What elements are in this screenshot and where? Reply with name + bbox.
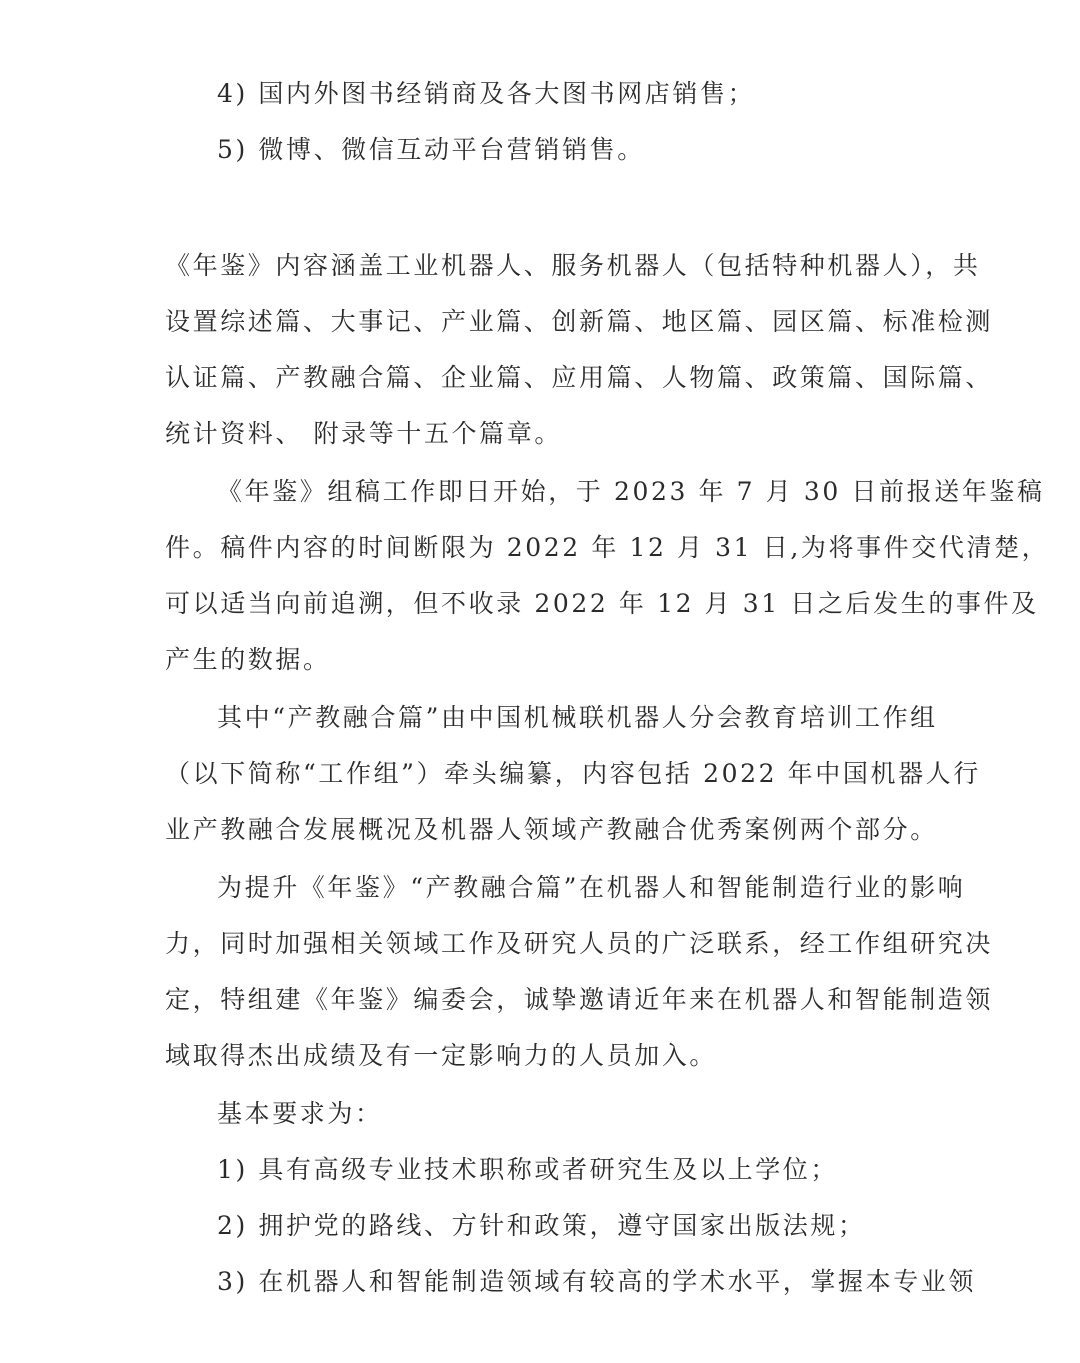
paragraph-invitation-line-3: 定，特组建《年鉴》编委会，诚挚邀请近年来在机器人和智能制造领 — [165, 984, 917, 1016]
paragraph-contents-line-4: 统计资料、 附录等十五个篇章。 — [165, 418, 917, 450]
paragraph-deadline-line-2: 件。稿件内容的时间断限为 2022 年 12 月 31 日,为将事件交代清楚， — [165, 532, 917, 564]
requirements-heading: 基本要求为： — [217, 1098, 917, 1130]
paragraph-contents-line-2: 设置综述篇、大事记、产业篇、创新篇、地区篇、园区篇、标准检测 — [165, 306, 917, 338]
paragraph-section-line-2: （以下简称“工作组”）牵头编纂，内容包括 2022 年中国机器人行 — [165, 758, 917, 790]
paragraph-deadline-line-1: 《年鉴》组稿工作即日开始，于 2023 年 7 月 30 日前报送年鉴稿 — [217, 476, 917, 508]
paragraph-invitation-line-4: 域取得杰出成绩及有一定影响力的人员加入。 — [165, 1040, 917, 1072]
list-item-sales-channel-4: 4) 国内外图书经销商及各大图书网店销售； — [217, 78, 917, 110]
paragraph-deadline-line-3: 可以适当向前追溯，但不收录 2022 年 12 月 31 日之后发生的事件及 — [165, 588, 917, 620]
paragraph-section-line-3: 业产教融合发展概况及机器人领域产教融合优秀案例两个部分。 — [165, 814, 917, 846]
document-page: 4) 国内外图书经销商及各大图书网店销售； 5) 微博、微信互动平台营销销售。 … — [0, 0, 1080, 1363]
paragraph-contents-line-3: 认证篇、产教融合篇、企业篇、应用篇、人物篇、政策篇、国际篇、 — [165, 362, 917, 394]
requirement-item-1: 1) 具有高级专业技术职称或者研究生及以上学位； — [217, 1154, 917, 1186]
paragraph-section-line-1: 其中“产教融合篇”由中国机械联机器人分会教育培训工作组 — [217, 702, 917, 734]
requirement-item-2: 2) 拥护党的路线、方针和政策，遵守国家出版法规； — [217, 1210, 917, 1242]
requirement-item-3: 3) 在机器人和智能制造领域有较高的学术水平，掌握本专业领 — [217, 1266, 917, 1298]
paragraph-deadline-line-4: 产生的数据。 — [165, 644, 917, 676]
list-item-sales-channel-5: 5) 微博、微信互动平台营销销售。 — [217, 134, 917, 166]
paragraph-invitation-line-1: 为提升《年鉴》“产教融合篇”在机器人和智能制造行业的影响 — [217, 872, 917, 904]
paragraph-contents-line-1: 《年鉴》内容涵盖工业机器人、服务机器人（包括特种机器人），共 — [165, 250, 917, 282]
paragraph-invitation-line-2: 力，同时加强相关领域工作及研究人员的广泛联系，经工作组研究决 — [165, 928, 917, 960]
